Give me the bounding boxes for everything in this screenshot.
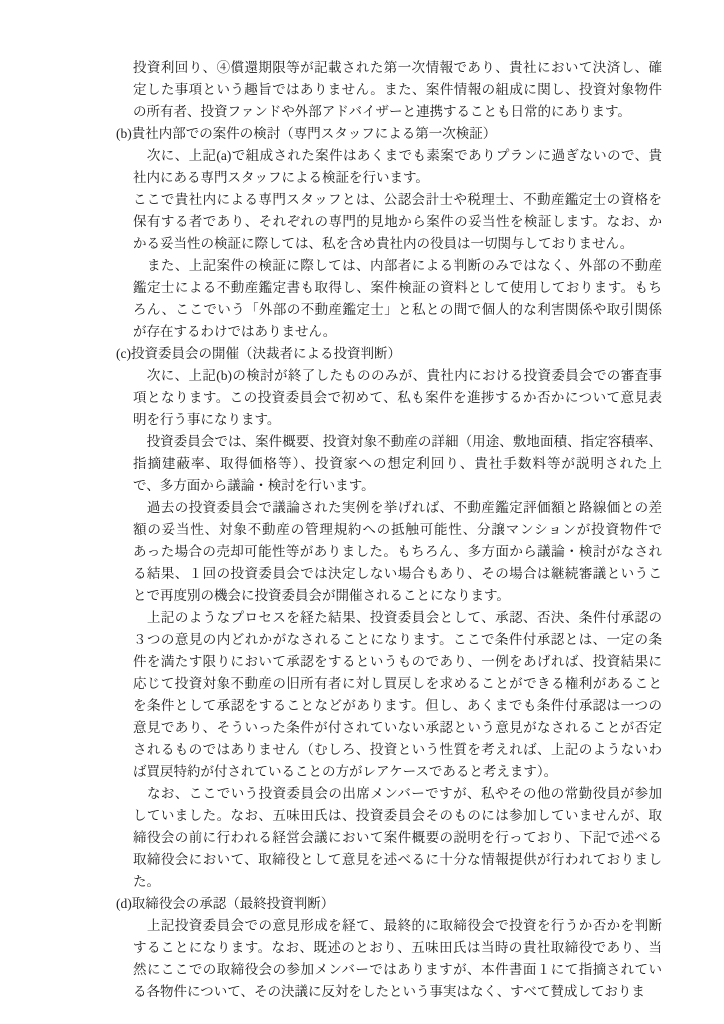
text-line: していました。なお、五味田氏は、投資委員会そのものには参加していませんが、取 xyxy=(133,805,662,827)
text-line: なお、ここでいう投資委員会の出席メンバーですが、私やその他の常勤役員が参加 xyxy=(133,783,662,805)
paragraph: 次に、上記(a)で組成された案件はあくまでも素案でありプランに過ぎないので、貴社… xyxy=(133,145,662,189)
text-line: る各物件について、その決議に反対をしたという事実はなく、すべて賛成しておりま xyxy=(133,981,662,1003)
text-line: 社内にある専門スタッフによる検証を行います。 xyxy=(133,167,662,189)
text-line: することになります。なお、既述のとおり、五味田氏は当時の貴社取締役であり、当 xyxy=(133,937,662,959)
text-line: ここで貴社内による専門スタッフとは、公認会計士や税理士、不動産鑑定士の資格を xyxy=(133,189,662,211)
section-heading: (d)取締役会の承認（最終投資判断） xyxy=(116,893,662,915)
text-line: 上記のようなプロセスを経た結果、投資委員会として、承認、否決、条件付承認の xyxy=(133,607,662,629)
paragraph: 投資委員会では、案件概要、投資対象不動産の詳細（用途、敷地面積、指定容積率、指摘… xyxy=(133,431,662,497)
paragraph: 上記投資委員会での意見形成を経て、最終的に取締役会で投資を行うか否かを判断するこ… xyxy=(133,915,662,1003)
text-line: (d)取締役会の承認（最終投資判断） xyxy=(116,893,662,915)
paragraph: 上記のようなプロセスを経た結果、投資委員会として、承認、否決、条件付承認の３つの… xyxy=(133,607,662,783)
text-line: ３つの意見の内どれかがなされることになります。ここで条件付承認とは、一定の条 xyxy=(133,629,662,651)
paragraph: 過去の投資委員会で議論された実例を挙げれば、不動産鑑定評価額と路線価との差額の妥… xyxy=(133,497,662,607)
text-line: ば買戻特約が付されていることの方がレアケースであると考えます）。 xyxy=(133,761,662,783)
text-line: 上記投資委員会での意見形成を経て、最終的に取締役会で投資を行うか否かを判断 xyxy=(133,915,662,937)
section-heading: (b)貴社内部での案件の検討（専門スタッフによる第一次検証） xyxy=(116,123,662,145)
text-line: 意見であり、そういった条件が付されていない承認という意見がなされることが否定 xyxy=(133,717,662,739)
text-line: 定した事項という趣旨ではありません。また、案件情報の組成に関し、投資対象物件 xyxy=(133,79,662,101)
text-line: 鑑定士による不動産鑑定書も取得し、案件検証の資料として使用しております。もち xyxy=(133,277,662,299)
text-line: 保有する者であり、それぞれの専門的見地から案件の妥当性を検証します。なお、か xyxy=(133,211,662,233)
text-line: た。 xyxy=(133,871,662,893)
text-line: とで再度別の機会に投資委員会が開催されることになります。 xyxy=(133,585,662,607)
text-line: 取締役会において、取締役として意見を述べるに十分な情報提供が行われておりまし xyxy=(133,849,662,871)
text-line: ろん、ここでいう「外部の不動産鑑定士」と私との間で個人的な利害関係や取引関係 xyxy=(133,299,662,321)
text-line: 応じて投資対象不動産の旧所有者に対し買戻しを求めることができる権利があること xyxy=(133,673,662,695)
text-line: を条件として承認をすることなどがあります。但し、あくまでも条件付承認は一つの xyxy=(133,695,662,717)
text-line: あった場合の売却可能性等がありました。もちろん、多方面から議論・検討がなされ xyxy=(133,541,662,563)
paragraph: 次に、上記(b)の検討が終了したもののみが、貴社内における投資委員会での審査事項… xyxy=(133,365,662,431)
text-line: 次に、上記(a)で組成された案件はあくまでも素案でありプランに過ぎないので、貴 xyxy=(133,145,662,167)
text-line: 項となります。この投資委員会で初めて、私も案件を進捗するか否かについて意見表 xyxy=(133,387,662,409)
text-line: かる妥当性の検証に際しては、私を含め貴社内の役員は一切関与しておりません。 xyxy=(133,233,662,255)
text-line: 過去の投資委員会で議論された実例を挙げれば、不動産鑑定評価額と路線価との差 xyxy=(133,497,662,519)
text-line: 投資利回り、④償還期限等が記載された第一次情報であり、貴社において決済し、確 xyxy=(133,57,662,79)
paragraph: なお、ここでいう投資委員会の出席メンバーですが、私やその他の常勤役員が参加してい… xyxy=(133,783,662,893)
text-line: されるものではありません（むしろ、投資という性質を考えれば、上記のようないわ xyxy=(133,739,662,761)
text-line: (c)投資委員会の開催（決裁者による投資判断） xyxy=(116,343,662,365)
text-line: (b)貴社内部での案件の検討（専門スタッフによる第一次検証） xyxy=(116,123,662,145)
text-line: また、上記案件の検証に際しては、内部者による判断のみではなく、外部の不動産 xyxy=(133,255,662,277)
text-line: 締役会の前に行われる経営会議において案件概要の説明を行っており、下記で述べる xyxy=(133,827,662,849)
document-page: 投資利回り、④償還期限等が記載された第一次情報であり、貴社において決済し、確定し… xyxy=(0,0,724,1024)
document-text: 投資利回り、④償還期限等が記載された第一次情報であり、貴社において決済し、確定し… xyxy=(133,57,662,1003)
text-line: る結果、１回の投資委員会では決定しない場合もあり、その場合は継続審議というこ xyxy=(133,563,662,585)
text-line: 投資委員会では、案件概要、投資対象不動産の詳細（用途、敷地面積、指定容積率、 xyxy=(133,431,662,453)
paragraph: ここで貴社内による専門スタッフとは、公認会計士や税理士、不動産鑑定士の資格を保有… xyxy=(133,189,662,255)
text-line: 件を満たす限りにおいて承認をするというものであり、一例をあげれば、投資結果に xyxy=(133,651,662,673)
text-line: が存在するわけではありません。 xyxy=(133,321,662,343)
text-line: 指摘建蔽率、取得価格等）、投資家への想定利回り、貴社手数料等が説明された上 xyxy=(133,453,662,475)
section-heading: (c)投資委員会の開催（決裁者による投資判断） xyxy=(116,343,662,365)
text-line: 明を行う事になります。 xyxy=(133,409,662,431)
text-line: 然にここでの取締役会の参加メンバーではありますが、本件書面１にて指摘されてい xyxy=(133,959,662,981)
text-line: 額の妥当性、対象不動産の管理規約への抵触可能性、分譲マンションが投資物件で xyxy=(133,519,662,541)
text-line: で、多方面から議論・検討を行います。 xyxy=(133,475,662,497)
paragraph: また、上記案件の検証に際しては、内部者による判断のみではなく、外部の不動産鑑定士… xyxy=(133,255,662,343)
paragraph: 投資利回り、④償還期限等が記載された第一次情報であり、貴社において決済し、確定し… xyxy=(133,57,662,123)
text-line: の所有者、投資ファンドや外部アドバイザーと連携することも日常的にあります。 xyxy=(133,101,662,123)
text-line: 次に、上記(b)の検討が終了したもののみが、貴社内における投資委員会での審査事 xyxy=(133,365,662,387)
